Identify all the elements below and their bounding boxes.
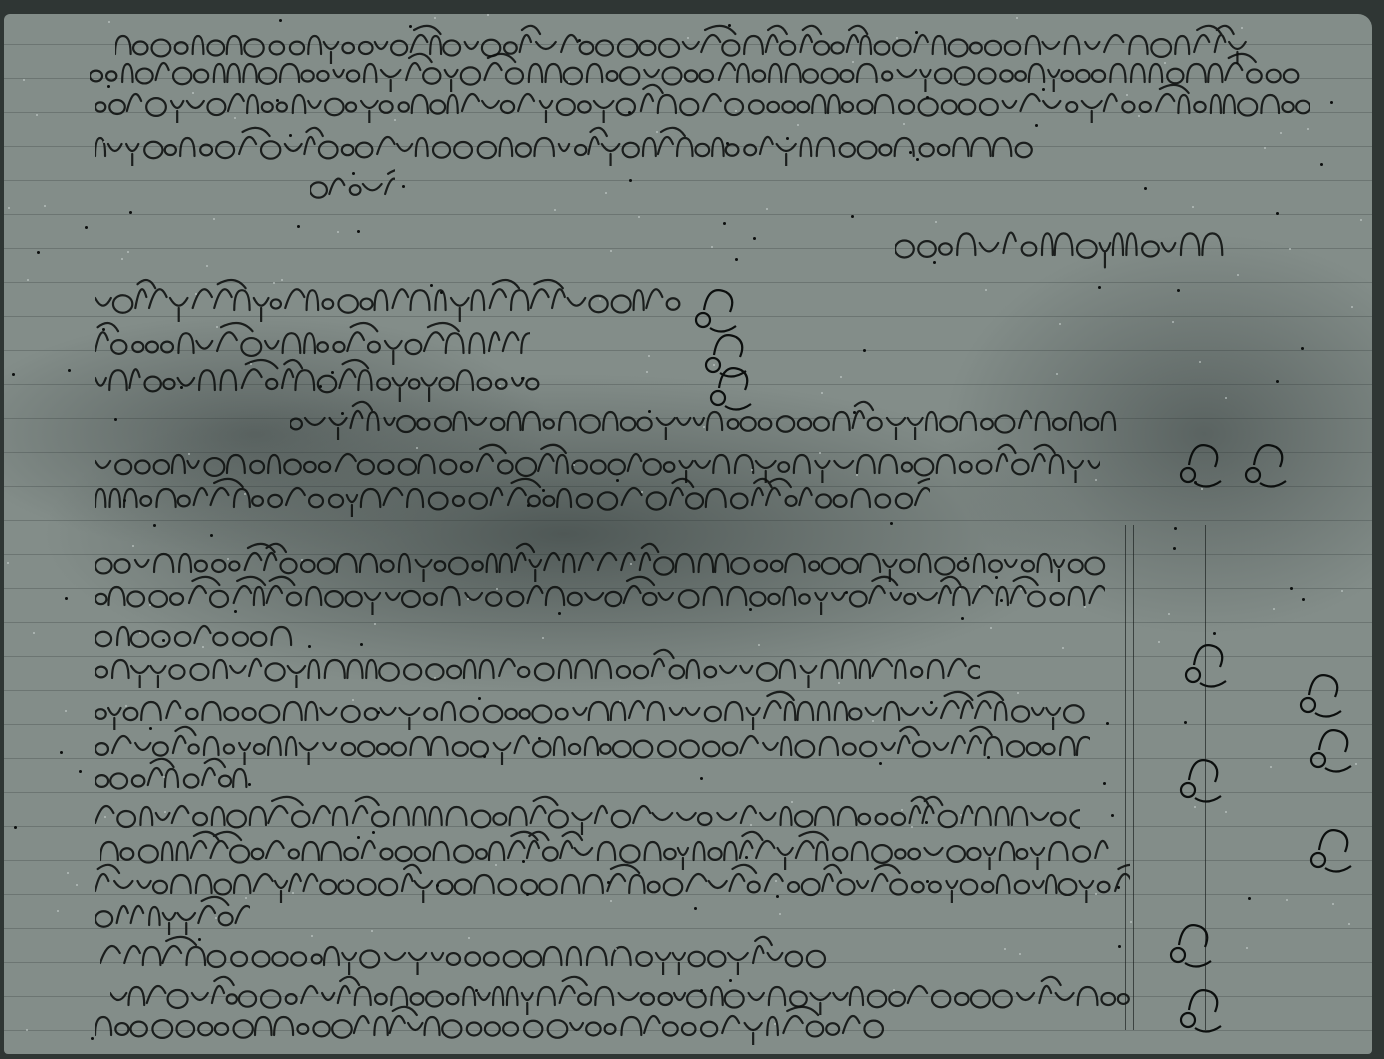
speck [915, 592, 917, 594]
speck [352, 172, 355, 175]
speck [961, 617, 964, 620]
speck [104, 816, 106, 818]
speck [845, 591, 848, 594]
speck [210, 534, 213, 537]
speck [163, 776, 165, 778]
speck [786, 137, 789, 140]
speck [578, 39, 581, 42]
speck [629, 179, 632, 182]
speck [495, 864, 497, 866]
speck [276, 99, 279, 102]
speck [44, 205, 46, 207]
speck [206, 265, 208, 267]
margin-annotation [1165, 915, 1225, 975]
speck [153, 524, 156, 527]
speck [341, 412, 344, 415]
ruling-line [4, 180, 1372, 181]
speck [735, 110, 737, 112]
speck [279, 19, 282, 22]
speck [1144, 187, 1147, 190]
speck [1201, 488, 1203, 490]
margin-annotation [1305, 820, 1365, 880]
speck [750, 824, 752, 826]
speck [616, 479, 619, 482]
handwritten-line [95, 795, 1080, 835]
speck [1126, 94, 1128, 96]
speck [1246, 947, 1248, 949]
speck [273, 282, 275, 284]
speck [344, 879, 346, 881]
speck [248, 783, 251, 786]
speck [245, 897, 247, 899]
speck [33, 632, 35, 634]
speck [728, 24, 731, 27]
speck [933, 261, 936, 264]
speck [987, 756, 990, 759]
speck [758, 644, 760, 646]
speck [1184, 721, 1187, 724]
speck [930, 701, 933, 704]
speck [202, 646, 204, 648]
speck [605, 192, 607, 194]
speck [149, 727, 152, 730]
handwritten-line [95, 1005, 890, 1045]
speck [521, 377, 524, 380]
speck [1177, 289, 1180, 292]
speck [838, 682, 840, 684]
speck [909, 151, 912, 154]
speck [1237, 274, 1239, 276]
speck [615, 948, 617, 950]
speck [36, 114, 38, 116]
speck [125, 705, 127, 707]
speck [337, 231, 339, 233]
speck [713, 364, 715, 366]
speck [1360, 219, 1362, 221]
speck [1111, 814, 1114, 817]
speck [1138, 115, 1140, 117]
ruling-line [4, 520, 1372, 521]
speck [1355, 763, 1357, 765]
speck [483, 755, 486, 758]
speck [1020, 588, 1022, 590]
speck [1004, 948, 1006, 950]
handwritten-line [95, 477, 930, 517]
speck [198, 938, 201, 941]
speck [132, 545, 134, 547]
speck [372, 831, 375, 834]
speck [926, 96, 929, 99]
margin-annotation [1305, 720, 1365, 780]
speck [1042, 88, 1045, 91]
speck [776, 895, 779, 898]
speck [554, 209, 556, 211]
speck [958, 81, 960, 83]
speck [527, 504, 530, 507]
handwritten-line [100, 935, 830, 975]
speck [430, 284, 433, 287]
speck [102, 328, 105, 331]
speck [1095, 479, 1097, 481]
speck [797, 124, 799, 126]
speck [1351, 306, 1353, 308]
speck [1341, 590, 1343, 592]
speck [1059, 323, 1061, 325]
speck [37, 251, 40, 254]
speck [1332, 903, 1334, 905]
speck [903, 123, 905, 125]
speck [694, 907, 697, 910]
speck [60, 751, 63, 754]
speck [872, 720, 874, 722]
margin-annotation [1175, 435, 1235, 495]
speck [1084, 606, 1086, 608]
speck [700, 989, 703, 992]
speck [995, 576, 998, 579]
speck [1286, 899, 1288, 901]
speck [67, 872, 69, 874]
speck [227, 558, 229, 560]
speck [499, 385, 501, 387]
speck [568, 81, 570, 83]
handwritten-line [895, 221, 1230, 269]
manuscript-page: Burmese (handwritten, not transcribed) O… [4, 14, 1372, 1054]
speck [68, 369, 71, 372]
speck [1016, 17, 1018, 19]
speck [1062, 647, 1064, 649]
speck [779, 913, 781, 915]
speck [619, 700, 621, 702]
speck [180, 386, 183, 389]
speck [1164, 62, 1166, 64]
speck [851, 215, 854, 218]
speck [360, 643, 363, 646]
speck [79, 770, 82, 773]
speck [791, 801, 793, 803]
handwritten-line [95, 895, 250, 935]
speck [12, 373, 15, 376]
speck [979, 586, 981, 588]
speck [700, 777, 703, 780]
speck [610, 250, 612, 252]
speck [377, 711, 380, 714]
handwritten-line [95, 83, 1310, 123]
speck [188, 453, 190, 455]
speck [1098, 286, 1101, 289]
speck [753, 237, 756, 240]
speck [926, 880, 929, 883]
manuscript-photo: Burmese (handwritten, not transcribed) O… [0, 0, 1384, 1059]
speck [896, 37, 898, 39]
speck [1103, 782, 1106, 785]
speck [129, 211, 132, 214]
speck [1290, 587, 1293, 590]
speck [915, 31, 918, 34]
speck [964, 557, 967, 560]
speck [308, 645, 311, 648]
speck [234, 610, 237, 613]
speck [164, 811, 166, 813]
speck [1301, 347, 1304, 350]
speck [107, 85, 110, 88]
speck [990, 627, 992, 629]
speck [1168, 613, 1170, 615]
speck [215, 917, 217, 919]
speck [916, 158, 919, 161]
handwritten-line [95, 278, 690, 322]
speck [1194, 481, 1197, 484]
speck [402, 185, 405, 188]
speck [1106, 722, 1109, 725]
speck [703, 426, 705, 428]
speck [628, 111, 631, 114]
speck [195, 293, 197, 295]
column-rule [1133, 525, 1134, 1030]
speck [213, 218, 215, 220]
speck [542, 489, 545, 492]
speck [840, 376, 842, 378]
speck [879, 762, 882, 765]
handwritten-line [95, 358, 540, 402]
speck [281, 279, 283, 281]
speck [641, 491, 643, 493]
speck [1280, 132, 1282, 134]
speck [646, 371, 648, 373]
speck [319, 385, 322, 388]
speck [1019, 953, 1021, 955]
speck [890, 522, 893, 525]
speck [127, 251, 129, 253]
speck [357, 836, 360, 839]
speck [14, 826, 17, 829]
speck [542, 637, 544, 639]
speck [985, 289, 987, 291]
speck [1248, 897, 1251, 900]
speck [893, 989, 895, 991]
speck [301, 559, 303, 561]
speck [1056, 373, 1058, 375]
speck [656, 131, 658, 133]
handwritten-line [95, 648, 980, 688]
speck [234, 117, 236, 119]
speck [1017, 692, 1019, 694]
speck [27, 279, 29, 281]
handwritten-line [95, 690, 1085, 730]
speck [1264, 147, 1266, 149]
speck [599, 298, 601, 300]
speck [1199, 361, 1201, 363]
speck [1172, 321, 1174, 323]
speck [1302, 598, 1305, 601]
margin-annotation [1240, 435, 1300, 495]
speck [192, 92, 194, 94]
speck [76, 884, 78, 886]
speck [863, 349, 866, 352]
speck [911, 826, 913, 828]
speck [103, 141, 105, 143]
speck [538, 737, 541, 740]
speck [819, 452, 821, 454]
speck [821, 392, 823, 394]
speck [357, 230, 360, 233]
speck [1225, 397, 1227, 399]
speck [436, 884, 439, 887]
speck [416, 447, 418, 449]
speck [108, 21, 110, 23]
speck [311, 935, 313, 937]
speck [1194, 806, 1196, 808]
speck [558, 612, 561, 615]
ruling-line [4, 214, 1372, 215]
speck [935, 221, 937, 223]
speck [526, 893, 529, 896]
margin-annotation [1175, 980, 1235, 1040]
speck [440, 291, 443, 294]
speck [1320, 163, 1323, 166]
speck [475, 989, 478, 992]
speck [478, 697, 481, 700]
speck [901, 809, 903, 811]
speck [852, 61, 854, 63]
speck [216, 326, 218, 328]
speck [1270, 766, 1272, 768]
margin-annotation [1180, 635, 1240, 695]
speck [959, 588, 961, 590]
speck [1158, 641, 1160, 643]
speck [749, 608, 752, 611]
speck [468, 937, 470, 939]
speck [687, 37, 689, 39]
speck [1289, 248, 1291, 250]
speck [1225, 811, 1227, 813]
speck [1118, 945, 1121, 948]
speck [1173, 547, 1176, 550]
speck [774, 1023, 776, 1025]
speck [57, 910, 59, 912]
speck [630, 563, 632, 565]
speck [1348, 923, 1350, 925]
speck [1000, 599, 1003, 602]
speck [723, 222, 726, 225]
speck [434, 17, 436, 19]
speck [638, 216, 640, 218]
speck [409, 25, 412, 28]
handwritten-line [95, 863, 1130, 903]
speck [745, 856, 748, 859]
speck [522, 860, 525, 863]
speck [1241, 27, 1243, 29]
speck [331, 371, 334, 374]
speck [1276, 212, 1279, 215]
speck [374, 623, 376, 625]
speck [496, 588, 498, 590]
speck [114, 418, 117, 421]
speck [853, 411, 856, 414]
speck [85, 226, 88, 229]
speck [244, 493, 246, 495]
handwritten-line [290, 400, 1125, 440]
speck [65, 597, 68, 600]
speck [467, 598, 469, 600]
speck [26, 1029, 28, 1031]
speck [8, 207, 10, 209]
speck [23, 79, 25, 81]
handwritten-line [95, 757, 250, 797]
speck [735, 258, 738, 261]
speck [607, 881, 610, 884]
speck [434, 677, 436, 679]
handwritten-line [95, 126, 1035, 166]
speck [123, 499, 126, 502]
speck [371, 930, 373, 932]
speck [925, 821, 928, 824]
speck [1117, 886, 1120, 889]
speck [711, 246, 713, 248]
speck [7, 562, 9, 564]
speck [648, 355, 650, 357]
speck [162, 639, 165, 642]
speck [388, 471, 391, 474]
speck [1273, 608, 1275, 610]
speck [960, 814, 962, 816]
speck [729, 979, 732, 982]
speck [65, 710, 67, 712]
speck [1213, 632, 1216, 635]
column-rule [1125, 525, 1126, 1030]
speck [573, 464, 575, 466]
speck [297, 225, 300, 228]
speck [610, 900, 612, 902]
speck [487, 14, 489, 16]
speck [292, 892, 294, 894]
margin-annotation [1295, 665, 1355, 725]
margin-annotation [1175, 750, 1235, 810]
speck [1276, 380, 1279, 383]
speck [121, 258, 123, 260]
speck [648, 410, 651, 413]
handwritten-line [95, 575, 1105, 615]
speck [766, 208, 768, 210]
speck [1307, 128, 1309, 130]
speck [1174, 527, 1177, 530]
speck [726, 142, 729, 145]
speck [751, 469, 753, 471]
speck [1095, 893, 1097, 895]
speck [682, 78, 684, 80]
speck [1130, 921, 1132, 923]
speck [1330, 101, 1333, 104]
speck [352, 699, 354, 701]
speck [394, 119, 396, 121]
speck [91, 1037, 94, 1040]
speck [1035, 124, 1038, 127]
speck [1192, 206, 1194, 208]
speck [775, 880, 777, 882]
speck [289, 134, 292, 137]
speck [149, 604, 151, 606]
speck [250, 363, 252, 365]
speck [139, 632, 141, 634]
speck [856, 474, 858, 476]
